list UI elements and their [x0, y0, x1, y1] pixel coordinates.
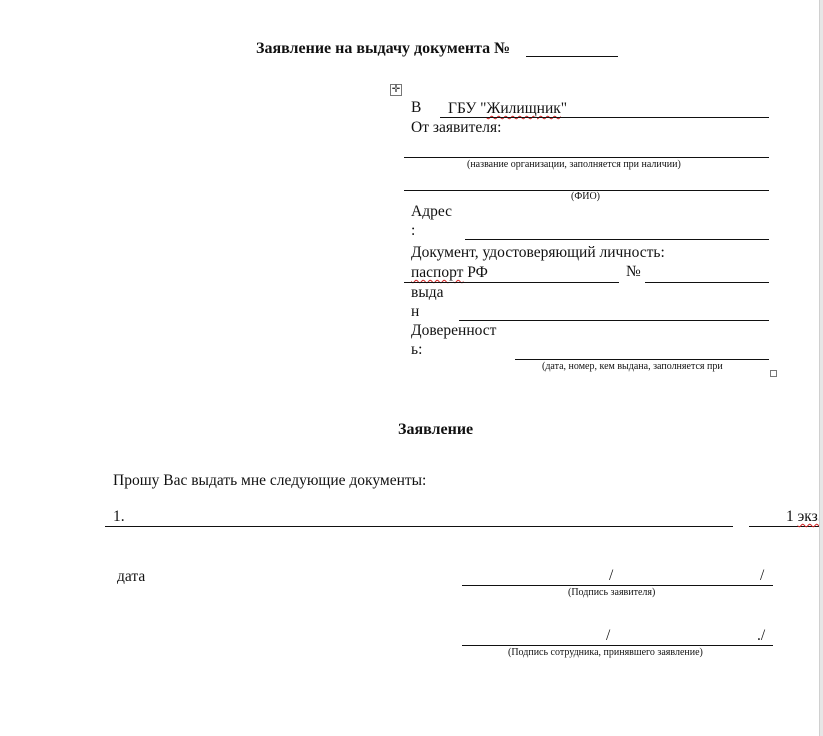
employee-signature-field[interactable] [462, 645, 773, 646]
employee-signature-slash-1: / [606, 627, 610, 645]
address-label-line2: : [411, 222, 415, 240]
organization-field[interactable] [404, 157, 769, 158]
power-of-attorney-label-line2: ь: [411, 341, 422, 359]
power-of-attorney-hint: (дата, номер, кем выдана, заполняется пр… [542, 361, 723, 372]
recipient-prefix: В [411, 99, 421, 117]
id-document-label: Документ, удостоверяющий личность: [411, 244, 665, 262]
section-title: Заявление [398, 421, 473, 439]
address-label-line1: Адрес [411, 203, 452, 221]
document-number-field[interactable] [526, 56, 618, 57]
item-document-field[interactable] [105, 526, 733, 527]
id-document-type-line [404, 282, 619, 283]
table-resize-handle-icon[interactable] [770, 370, 777, 377]
document-title-text: Заявление на выдачу документа № [256, 40, 510, 57]
organization-hint: (название организации, заполняется при н… [467, 159, 681, 170]
applicant-signature-slash-1: / [609, 567, 613, 585]
recipient-line [440, 117, 769, 118]
issued-label-line2: н [411, 303, 419, 321]
applicant-label: От заявителя: [411, 119, 501, 137]
id-document-type[interactable]: паспорт РФ [411, 264, 488, 282]
employee-signature-hint: (Подпись сотрудника, принявшего заявлени… [508, 647, 703, 658]
employee-signature-slash-2: ./ [757, 627, 765, 645]
recipient-organization[interactable]: ГБУ "Жилищник" [448, 100, 567, 118]
applicant-signature-hint: (Подпись заявителя) [568, 587, 655, 598]
table-move-handle-icon[interactable]: ✛ [390, 84, 402, 96]
date-label: дата [117, 568, 145, 586]
power-of-attorney-field[interactable] [515, 359, 769, 360]
applicant-signature-field[interactable] [462, 585, 773, 586]
item-copies-field[interactable] [749, 526, 819, 527]
address-field[interactable] [465, 239, 769, 240]
document-title: Заявление на выдачу документа № [256, 40, 510, 58]
request-text: Прошу Вас выдать мне следующие документы… [113, 472, 426, 490]
item-copies: 1 экз. [786, 508, 822, 526]
issued-label-line1: выда [411, 284, 444, 302]
item-number: 1. [113, 508, 125, 526]
issued-field[interactable] [459, 320, 769, 321]
document-page: Заявление на выдачу документа № ✛ В ГБУ … [0, 0, 823, 736]
number-sign: № [626, 263, 641, 281]
applicant-signature-slash-2: / [760, 567, 764, 585]
page-edge-scrollbar[interactable] [819, 0, 823, 736]
power-of-attorney-label-line1: Доверенност [411, 322, 496, 340]
fio-hint: (ФИО) [571, 191, 600, 202]
id-document-number-field[interactable] [645, 282, 769, 283]
